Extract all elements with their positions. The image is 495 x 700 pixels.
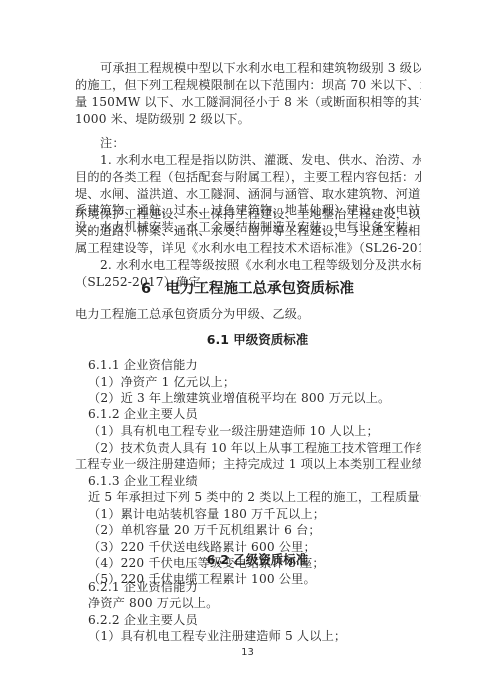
- subsection-6-2-2-title: 6.2.2 企业主要人员: [88, 612, 421, 628]
- list-item: （2）技术负责人具有 10 年以上从事工程施工技术管理工作经历，且为机电: [88, 440, 421, 456]
- note1-line: 堤、水闸、溢洪道、水工隧洞、涵洞与涵管、取水建筑物、河道整治建筑物、渠: [75, 186, 421, 202]
- note1-line: 关的道路、桥梁、通讯、水文、凿井等工程建设，与上述工程相关的管理用房附: [75, 223, 421, 239]
- list-item-continuation: 工程专业一级注册建造师；主持完成过 1 项以上本类别工程业绩。: [75, 456, 421, 472]
- notes-label: 注：: [100, 135, 421, 151]
- note1-line: 目的的各类工程（包括配套与附属工程），主要工程内容包括：水工建筑物（坝、: [75, 169, 421, 185]
- subsection-6-1-2-title: 6.1.2 企业主要人员: [88, 406, 421, 422]
- intro-line: 的施工，但下列工程规模限制在以下范围内：坝高 70 米以下、水电站总装机容: [75, 77, 421, 93]
- subsection-6-1-3-intro: 近 5 年承担过下列 5 类中的 2 类以上工程的施工，工程质量合格。: [88, 489, 421, 505]
- document-page: 可承担工程规模中型以下水利水电工程和建筑物级别 3 级以下水工建筑物 的施工，但…: [0, 0, 495, 700]
- section-6-intro: 电力工程施工总承包资质分为甲级、乙级。: [75, 306, 421, 322]
- section-6-heading: 6 电力工程施工总承包资质标准: [0, 280, 495, 298]
- list-item: （2）近 3 年上缴建筑业增值税平均在 800 万元以上。: [88, 390, 421, 406]
- intro-line: 可承担工程规模中型以下水利水电工程和建筑物级别 3 级以下水工建筑物: [100, 60, 421, 76]
- note1-line: 属工程建设等，详见《水利水电工程技术术语标准》（SL26-2012）。: [75, 240, 421, 256]
- subsection-6-1-3-title: 6.1.3 企业工程业绩: [88, 473, 421, 489]
- subsection-6-2-1-title: 6.2.1 企业资信能力: [88, 579, 421, 595]
- intro-line: 1000 米、堤防级别 2 级以下。: [75, 111, 421, 127]
- section-6-2-heading: 6.2 乙级资质标准: [0, 552, 495, 568]
- list-item: （1）具有机电工程专业一级注册建造师 10 人以上；: [88, 423, 421, 439]
- subsection-6-2-1-text: 净资产 800 万元以上。: [88, 595, 421, 611]
- list-item: （1）累计电站装机容量 180 万千瓦以上；: [88, 506, 421, 522]
- note1-line: 环境保护工程建设、水土保持工程建设、土地整治工程建设，以及与防汛抗旱有: [75, 206, 421, 222]
- subsection-6-1-1-title: 6.1.1 企业资信能力: [88, 357, 421, 373]
- page-number: 13: [0, 647, 495, 658]
- section-6-1-heading: 6.1 甲级资质标准: [0, 332, 495, 348]
- note2-line: 2. 水利水电工程等级按照《水利水电工程等级划分及洪水标准》: [100, 257, 421, 273]
- list-item: （1）具有机电工程专业注册建造师 5 人以上；: [88, 628, 421, 644]
- list-item: （2）单机容量 20 万千瓦机组累计 6 台；: [88, 522, 421, 538]
- note1-line: 1. 水利水电工程是指以防洪、灌溉、发电、供水、治涝、水环境治理等为: [100, 152, 421, 168]
- list-item: （1）净资产 1 亿元以上；: [88, 374, 421, 390]
- intro-line: 量 150MW 以下、水工隧洞洞径小于 8 米（或断面积相等的其它型式）且长度小…: [75, 94, 421, 110]
